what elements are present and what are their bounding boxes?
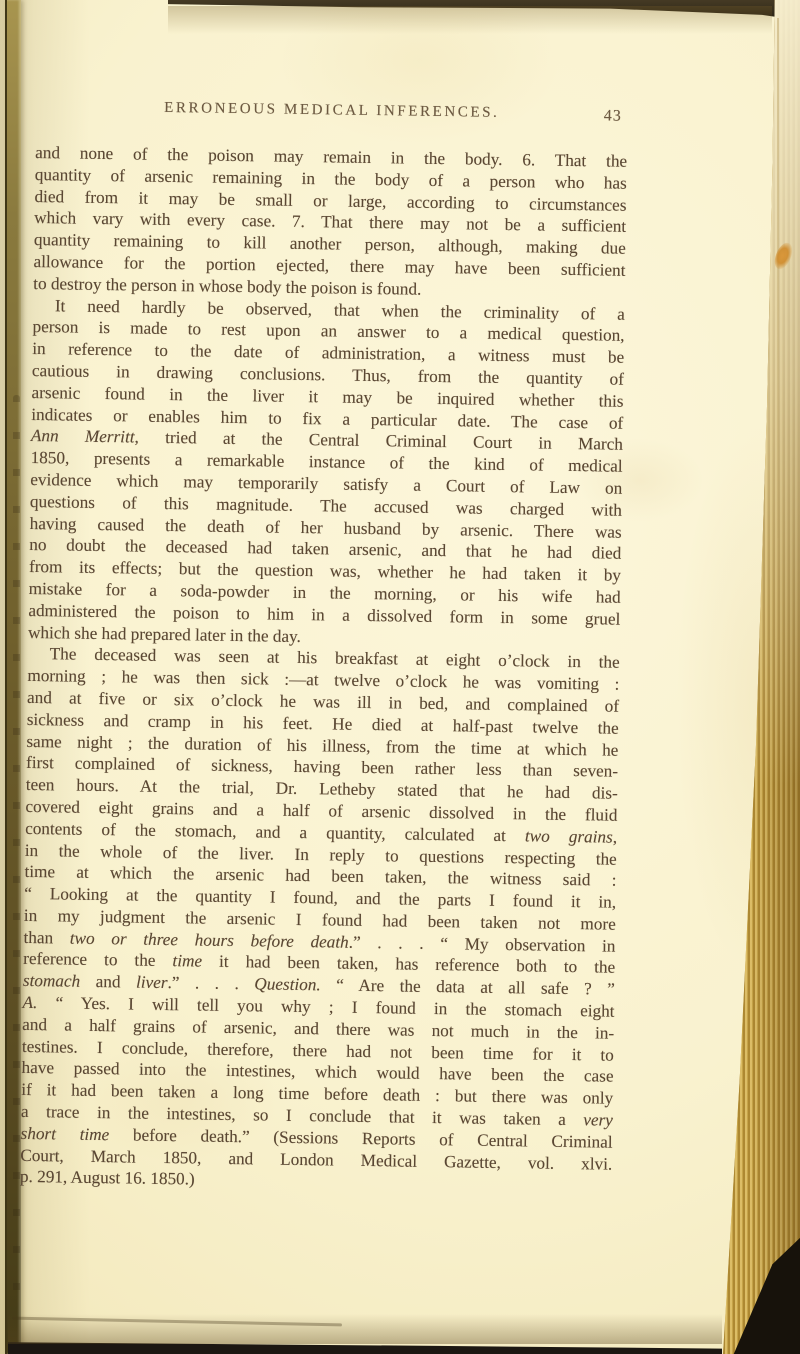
paragraph: and none of the poison may remain in the… [33, 142, 627, 303]
top-edge-shadow [168, 6, 772, 34]
paragraph: It need hardly be observed, that when th… [28, 295, 625, 652]
text-block: and none of the poison may remain in the… [20, 142, 627, 1197]
gutter-ink-flecks [13, 395, 20, 1310]
paragraph: The deceased was seen at his breakfast a… [20, 643, 620, 1197]
book-scan: ERRONEOUS MEDICAL INFERENCES. 43 and non… [0, 0, 800, 1354]
printed-page-content: ERRONEOUS MEDICAL INFERENCES. 43 and non… [20, 98, 628, 1197]
page-crease [777, 18, 779, 538]
page-number: 43 [604, 107, 622, 125]
